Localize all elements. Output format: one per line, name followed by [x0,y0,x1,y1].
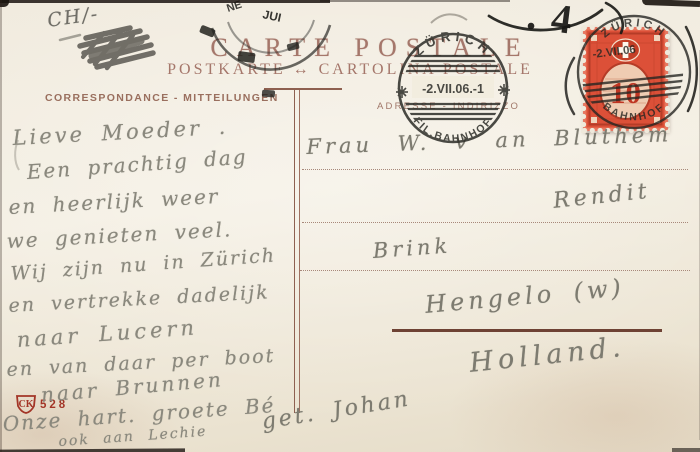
scan-edge-top2 [320,0,510,2]
message-line: en heerlijk weer [8,184,220,219]
stamp-perforation-top [581,24,670,31]
address-line3-text: Brink [372,234,452,263]
message-line: Een prachtig dag [26,145,248,184]
divider-top-bar [264,88,342,90]
message-line: naar Lucern [16,315,199,352]
address-line-2 [302,222,688,223]
scan-edge-bottom-left [0,448,185,452]
postmark-left-fragment: JUI [261,7,282,25]
stamp-perforation-left [580,25,587,133]
address-line-1 [302,169,688,170]
stamp-design: 10 [583,27,668,131]
pencil-country-note: CH/- [46,3,100,32]
postmark-center-date: -2.VII.06.-1 [422,82,484,96]
correspondence-label: CORRESPONDANCE - MITTEILUNGEN [45,92,279,104]
postcard-back: CARTE POSTALE POSTKARTE ↔ CARTOLINA POST… [0,0,700,452]
postage-stamp: 10 [583,27,668,131]
message-line: en vertrekke dadelijk [8,281,270,317]
scan-corner-bottom-right [672,448,700,452]
address-town: Hengelo (w) [424,274,626,319]
address-line2-text: Rendit [552,179,652,214]
divider-vertical-line [294,90,300,413]
pencil-scribble [60,28,153,68]
address-label: ADRESSE - INDIRIZZO [377,101,520,112]
card-subtitle: POSTKARTE ↔ CARTOLINA POSTALE [150,61,550,79]
card-title: CARTE POSTALE [170,33,570,63]
scan-edge-left [0,0,2,452]
publisher-monogram: CK [19,399,34,410]
address-line-3 [300,270,690,271]
address-country: Holland. [468,332,627,379]
postmark-ornaments [396,84,510,98]
stamp-value: 10 [610,75,641,110]
scan-corner-top-right [642,0,700,7]
message-line: we genieten veel. [6,217,233,253]
pencil-stray-mark [431,14,467,23]
stamp-perforation-right [664,25,671,133]
scan-edge-top [0,0,330,3]
address-recipient: Frau W. v an Bluthem [306,122,672,159]
message-line: Lieve Moeder . [12,115,229,150]
signature: get. Johan [260,386,413,434]
